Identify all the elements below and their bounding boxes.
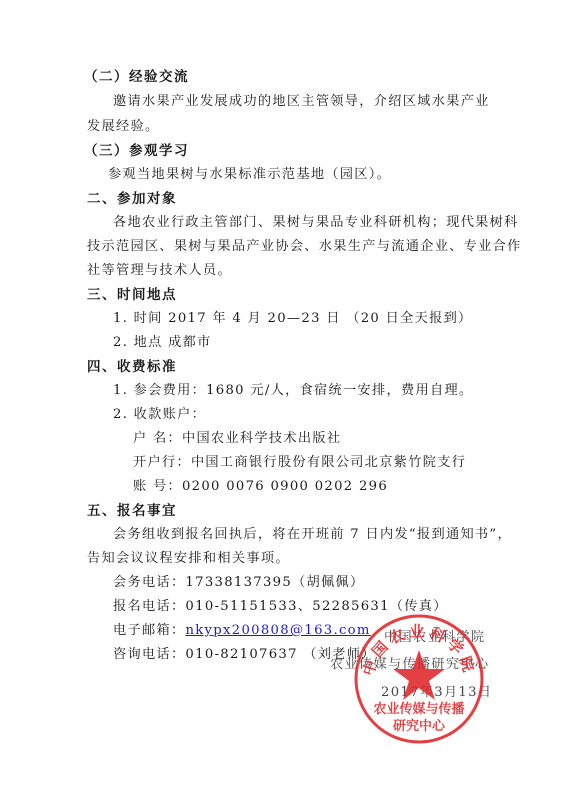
email-label: 电子邮箱： xyxy=(113,623,185,638)
document-page: （二）经验交流 邀请水果产业发展成功的地区主管领导，介绍区域水果产业 发展经验。… xyxy=(0,0,566,800)
fee-line: 1. 参会费用：1680 元/人，食宿统一安排，费用自理。 xyxy=(113,383,473,399)
heading-exchange: （二）经验交流 xyxy=(84,69,189,85)
email-link[interactable]: nkypx200808@163.com xyxy=(185,623,370,638)
account-name: 户 名：中国农业科学技术出版社 xyxy=(133,431,341,447)
official-seal-icon: 中国农业科学院 农业传媒与传播 研究中心 xyxy=(352,612,486,746)
time-line: 1. 时间 2017 年 4 月 20—23 日 （20 日全天报到） xyxy=(113,311,473,327)
heading-time-place: 三、时间地点 xyxy=(87,287,177,303)
participants-line2: 技示范园区、果树与果品产业协会、水果生产与流通企业、专业合作 xyxy=(87,239,522,255)
registration-line1: 会务组收到报名回执后，将在开班前 7 日内发“报到通知书”， xyxy=(113,527,512,543)
heading-visit: （三）参观学习 xyxy=(84,143,189,159)
visit-body: 参观当地果树与水果标准示范基地（园区）。 xyxy=(108,167,391,183)
account-title: 2. 收款账户： xyxy=(113,407,206,423)
registration-line2: 告知会议议程安排和相关事项。 xyxy=(87,551,290,567)
heading-participants: 二、参加对象 xyxy=(87,191,177,207)
email-row: 电子邮箱：nkypx200808@163.com xyxy=(113,623,371,639)
participants-line3: 社等管理与技术人员。 xyxy=(87,263,232,279)
participants-line1: 各地农业行政主管部门、果树与果品专业科研机构；现代果树科 xyxy=(113,215,519,231)
place-line: 2. 地点 成都市 xyxy=(113,335,212,351)
meeting-phone: 会务电话：17338137395（胡佩佩） xyxy=(113,575,364,591)
heading-fees: 四、收费标准 xyxy=(87,359,177,375)
seal-inner-line2: 研究中心 xyxy=(393,718,446,734)
heading-registration: 五、报名事宜 xyxy=(87,503,177,519)
exchange-body-line1: 邀请水果产业发展成功的地区主管领导，介绍区域水果产业 xyxy=(113,94,490,110)
seal-inner-line1: 农业传媒与传播 xyxy=(373,701,464,717)
bank-name: 开户行：中国工商银行股份有限公司北京紫竹院支行 xyxy=(133,455,466,471)
account-number: 账 号：0200 0076 0900 0202 296 xyxy=(133,479,388,495)
exchange-body-line2: 发展经验。 xyxy=(87,119,159,135)
